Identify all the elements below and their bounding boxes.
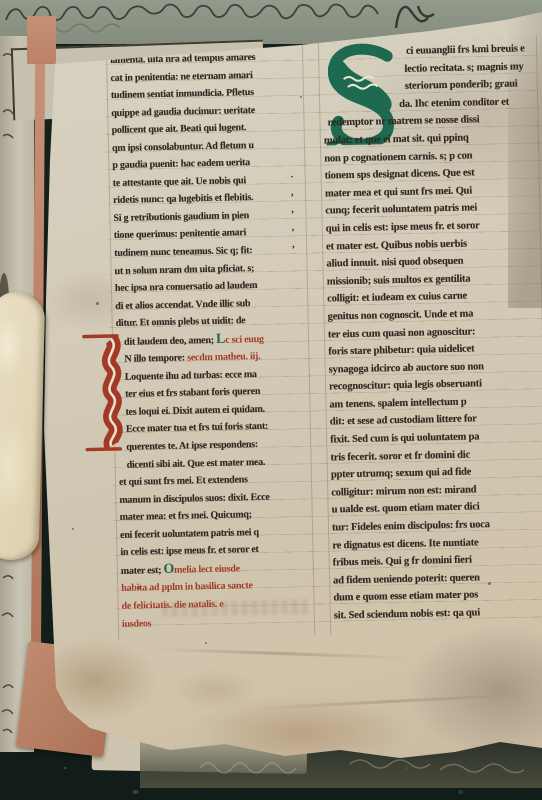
text-segment: mater est;	[121, 565, 164, 577]
manuscript-text-line: ,	[292, 219, 295, 237]
text-segment: synagoga idcirco ab auctore suo non	[329, 361, 484, 375]
text-segment: genitus non cognoscit. Unde et ma	[327, 308, 473, 322]
text-segment: fribus meis. Qui g fr domini fieri	[333, 555, 472, 569]
text-segment: querentes te. At ipse respondens:	[126, 439, 258, 453]
ink-spot	[428, 242, 430, 244]
text-segment: fixit. Sed cum is qui uoluntatem pa	[330, 431, 479, 445]
text-segment: secdm matheu. iij.	[187, 351, 260, 364]
text-segment: tionem sps designat dicens. Que est	[325, 168, 475, 182]
text-segment: ,	[292, 222, 295, 233]
right-text-column: ci euuanglii frs kmi breuis electio reci…	[322, 40, 542, 625]
text-segment: cunq; fecerit uoluntatem patris mei	[325, 203, 477, 217]
text-segment: iusdeos	[122, 618, 152, 630]
text-segment: qui in celis est: ipse meus fr. et soror	[326, 220, 480, 234]
text-segment: da. Ihc etenim conditor et	[399, 96, 509, 109]
text-segment: mater mea: et frs mei. Quicumq;	[120, 509, 252, 523]
ink-spot	[72, 528, 74, 530]
text-segment: N illo tempore:	[124, 353, 187, 365]
text-segment: dicenti sibi ait. Que est mater mea.	[127, 456, 266, 470]
text-segment: L	[216, 331, 225, 346]
text-segment: tur: Fideles enim discipulos: frs uoca	[332, 519, 490, 533]
text-segment: Si g retributionis gaudium in pien	[113, 210, 249, 224]
text-segment: et qui sunt frs mei. Et extendens	[119, 474, 248, 488]
text-segment: ut n solum nram dm uita pficiat. s;	[114, 263, 254, 277]
text-segment: mater mea et qui sunt frs mei. Qui	[325, 185, 472, 199]
text-block: lamenta. uita nra ad tempus amarescat in…	[0, 0, 542, 800]
left-text-column: lamenta. uita nra ad tempus amarescat in…	[110, 48, 318, 633]
text-segment: .	[290, 169, 293, 180]
ink-spot	[96, 302, 99, 305]
text-segment: hec ipsa nra conuersatio ad laudem	[115, 280, 258, 294]
ink-spot	[300, 96, 302, 98]
text-segment: c sci euug	[225, 334, 264, 346]
text-segment: tione querimus: penitentie amari	[114, 228, 246, 242]
text-segment: p gaudia puenit: hac eadem uerita	[112, 157, 250, 171]
text-segment: ad fidem ueniendo poterit: queren	[333, 572, 480, 586]
text-segment: qm ipsi consolabuntur. Ad fletum u	[112, 140, 254, 154]
text-segment: non p cognationem carnis. s; p con	[324, 150, 472, 164]
text-segment: aliud innuit. nisi quod obsequen	[326, 256, 463, 270]
text-segment: ,	[292, 239, 295, 250]
text-segment: et mater est. Quibus nobis uerbis	[326, 238, 467, 252]
text-segment: am tenens. spalem intellectum p	[329, 396, 466, 410]
erased-text-ghost	[162, 599, 310, 617]
text-segment: ditur. Et omnis plebs ut uidit: de	[116, 315, 246, 329]
text-segment: sit. Sed sciendum nobis est: qa qui	[334, 607, 480, 621]
text-segment: dit laudem deo, amen;	[124, 335, 216, 348]
manuscript-photo: lamenta. uita nra ad tempus amarescat in…	[0, 0, 542, 800]
top-cursive-inscription-icon	[0, 0, 460, 40]
manuscript-text-line: ,	[291, 201, 294, 219]
text-segment: ,	[291, 204, 294, 215]
text-segment: cat in penitentia: ne eternam amari	[110, 70, 252, 84]
text-segment: ter eius cum quasi non agnoscitur:	[328, 326, 476, 340]
text-segment: Ecce mater tua et frs tui foris stant:	[126, 421, 268, 435]
text-segment: redemptor nr matrem se nosse dissi	[327, 115, 479, 129]
text-segment: tris fecerit. soror et fr domini dic	[330, 449, 470, 463]
text-segment: Loquente ihu ad turbas: ecce ma	[125, 369, 257, 383]
text-segment: melia lect eiusde	[174, 563, 240, 575]
text-segment: ppter utrumq; sexum qui ad fide	[331, 467, 472, 481]
text-segment: tudinem nunc teneamus. Sic q; fit:	[114, 245, 252, 259]
text-segment: in celis est: ipse meus fr. et soror et	[120, 544, 258, 558]
text-segment: colligitur: mirum non est: mirand	[331, 484, 476, 498]
text-segment: lectio recitata. s; magnis my	[404, 61, 523, 74]
text-segment: manum in discipulos suos: dixit. Ecce	[119, 491, 269, 505]
text-segment: steriorum ponderib; graui	[405, 79, 518, 92]
text-segment: recognoscitur: quia legis obseruanti	[329, 379, 482, 393]
text-segment: missionib; suis multos ex gentilita	[327, 273, 471, 287]
ink-spot	[205, 642, 207, 644]
text-segment: dum e quom esse etiam mater pos	[333, 590, 478, 604]
manuscript-text-line: ,	[292, 236, 295, 254]
text-segment: foris stare phibetur: quia uidelicet	[328, 344, 474, 358]
parchment-page: lamenta. uita nra ad tempus amarescat in…	[0, 0, 542, 800]
text-segment: re dignatus est dicens. Ite nuntiate	[332, 537, 478, 551]
parchment-fold	[0, 291, 45, 560]
text-segment: ter eius et frs stabant foris queren	[125, 386, 260, 400]
text-segment: quippe ad gaudia ducimur: ueritate	[111, 105, 255, 119]
text-segment: dit: et sese ad custodiam littere for	[330, 414, 477, 428]
text-segment: tes loqui ei. Dixit autem ei quidam.	[125, 404, 265, 418]
text-segment: ,	[291, 187, 294, 198]
text-segment: mulat: et que ei mat sit. qui ppinq	[324, 132, 469, 146]
text-segment: ci euuanglii frs kmi breuis e	[406, 43, 525, 56]
ink-spot	[488, 582, 491, 585]
text-segment: O	[163, 562, 174, 577]
ink-spot	[138, 586, 141, 589]
text-segment: di et alios accendat. Vnde illic sub	[115, 298, 250, 312]
text-segment: pollicent que ait. Beati qui lugent.	[112, 122, 247, 136]
text-segment: ridetis nunc: qa lugebitis et flebitis.	[113, 192, 253, 206]
manuscript-text-line: ,	[291, 184, 294, 202]
text-segment: te attestante que ait. Ue nobis qui	[113, 175, 246, 189]
salmon-paper-tab	[27, 16, 56, 64]
manuscript-text-line: .	[290, 166, 293, 184]
text-segment: eni fecerit uoluntatem patris mei q	[120, 527, 259, 541]
text-segment: colligit: et iudeam ex cuius carne	[327, 291, 467, 305]
text-segment: u ualde est. quom etiam mater dici	[332, 502, 480, 516]
text-segment: tudinem sentiat inmundicia. Pfletus	[111, 87, 254, 101]
